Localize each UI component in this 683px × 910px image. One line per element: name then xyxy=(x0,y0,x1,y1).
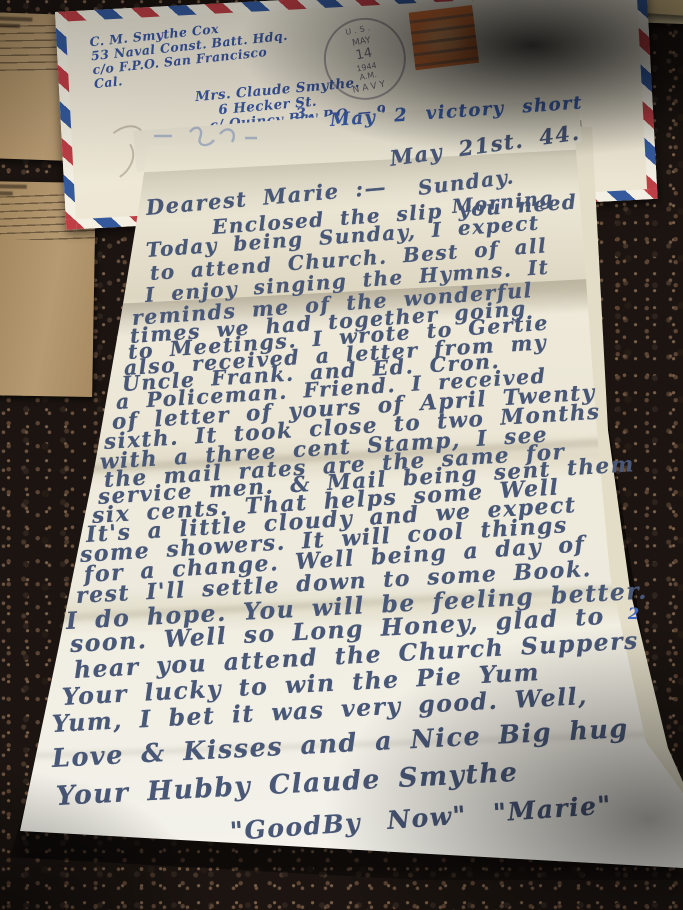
faded-print-line xyxy=(0,184,27,189)
return-address: C. M. Smythe Cox 53 Naval Const. Batt. H… xyxy=(89,15,291,91)
faded-print-line xyxy=(0,191,13,195)
page2-marker: 2 xyxy=(628,604,641,623)
stamp-cancellation-lines xyxy=(409,5,480,70)
faded-scrawl xyxy=(150,118,330,148)
photo-scene: C. M. Smythe Cox 53 Naval Const. Batt. H… xyxy=(0,0,683,910)
airmail-stamp-icon xyxy=(405,2,482,74)
faded-print-line xyxy=(0,23,20,28)
